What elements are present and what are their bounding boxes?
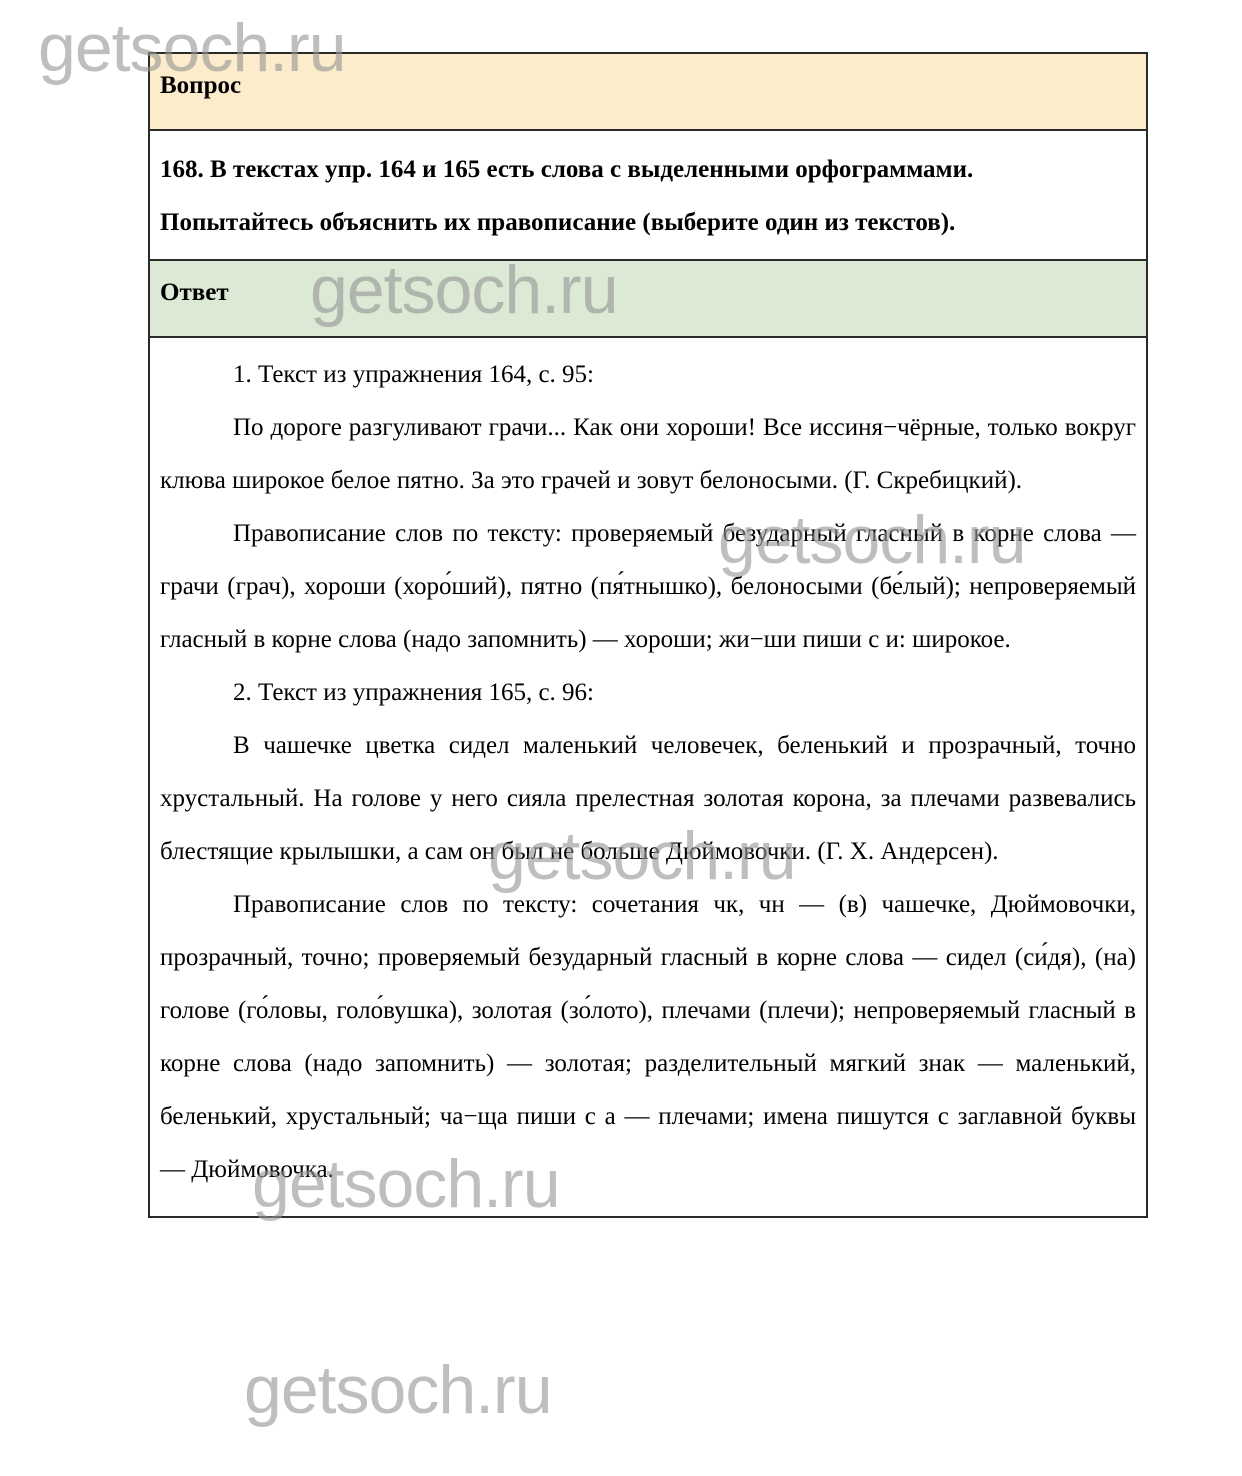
answer-paragraph-spelling-2: Правописание слов по тексту: сочетания ч… [160,878,1136,1196]
answer-paragraph-text-2: В чашечке цветка сидел маленький человеч… [160,719,1136,878]
answer-paragraph-text-1: По дороге разгуливают грачи... Как они х… [160,401,1136,507]
question-body: 168. В текстах упр. 164 и 165 есть слова… [150,131,1146,261]
answer-header: Ответ [150,261,1146,338]
answer-paragraph-text-1-title: 1. Текст из упражнения 164, с. 95: [160,348,1136,401]
watermark: getsoch.ru [244,1356,552,1424]
answer-header-label: Ответ [160,261,1136,305]
answer-paragraph-spelling-1: Правописание слов по тексту: проверяемый… [160,507,1136,666]
qa-table: Вопрос 168. В текстах упр. 164 и 165 ест… [148,52,1148,1218]
answer-paragraph-text-2-title: 2. Текст из упражнения 165, с. 96: [160,666,1136,719]
question-header-label: Вопрос [160,54,1136,98]
answer-body: 1. Текст из упражнения 164, с. 95: По до… [150,338,1146,1216]
question-text-line-1: 168. В текстах упр. 164 и 165 есть слова… [160,143,1136,196]
question-header: Вопрос [150,54,1146,131]
question-text-line-2: Попытайтесь объяснить их правописание (в… [160,196,1136,249]
